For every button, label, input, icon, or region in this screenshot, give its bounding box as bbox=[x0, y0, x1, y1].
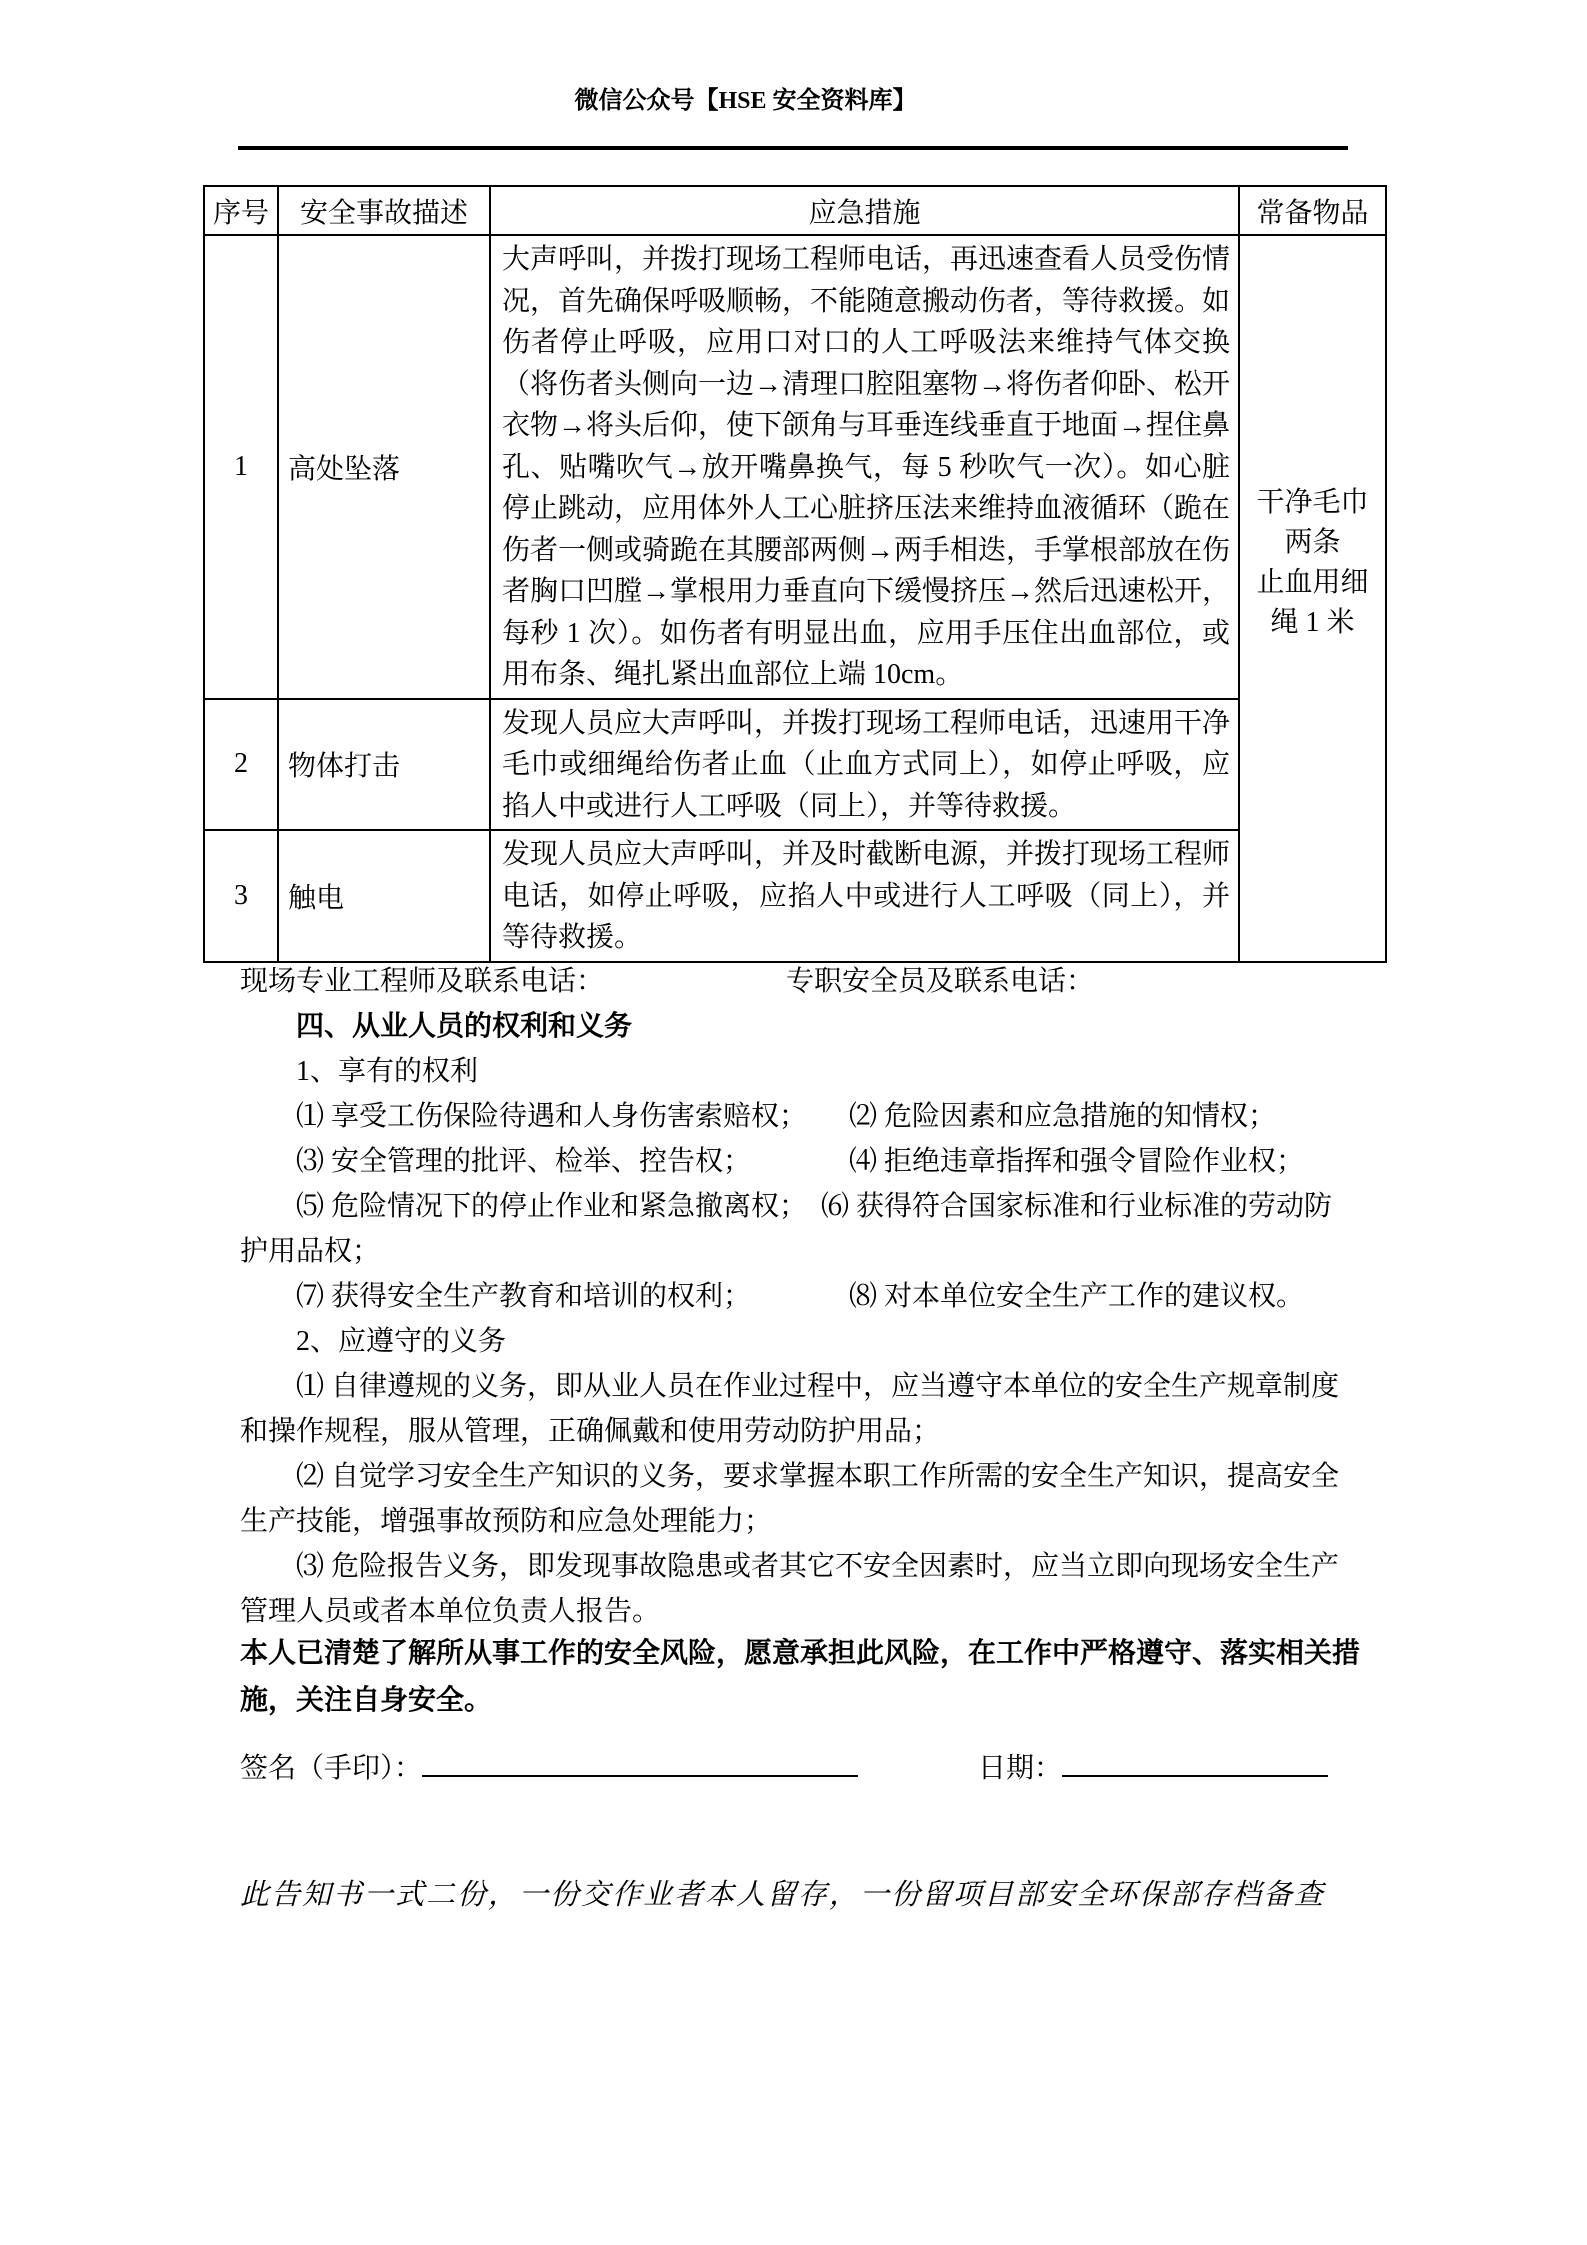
duties-line: ⑴ 自律遵规的义务，即从业人员在作业过程中，应当遵守本单位的安全生产规章制度 bbox=[240, 1368, 1440, 1406]
duties-line: 和操作规程，服从管理，正确佩戴和使用劳动防护用品； bbox=[240, 1413, 1440, 1451]
duties-line: 管理人员或者本单位负责人报告。 bbox=[240, 1593, 1440, 1631]
standby-item: 两条 bbox=[1240, 523, 1385, 563]
row-number-cell: 1 bbox=[204, 235, 278, 699]
date-field[interactable] bbox=[1062, 1747, 1328, 1777]
duties-subheading: 2、应遵守的义务 bbox=[240, 1323, 1440, 1361]
accident-desc-cell: 高处坠落 bbox=[278, 235, 490, 699]
date-label: 日期： bbox=[978, 1753, 1062, 1784]
column-header-measures: 应急措施 bbox=[490, 186, 1239, 235]
document-page: 微信公众号【HSE 安全资料库】 序号 安全事故描述 应急措施 常备物品 1 高… bbox=[0, 0, 1587, 2245]
standby-item: 干净毛巾 bbox=[1240, 483, 1385, 523]
accident-desc-cell: 物体打击 bbox=[278, 699, 490, 831]
signature-field[interactable] bbox=[422, 1747, 858, 1777]
rights-subheading: 1、享有的权利 bbox=[240, 1053, 1440, 1091]
column-header-desc: 安全事故描述 bbox=[278, 186, 490, 235]
row-number-cell: 3 bbox=[204, 830, 278, 962]
duties-line: ⑶ 危险报告义务，即发现事故隐患或者其它不安全因素时，应当立即向现场安全生产 bbox=[240, 1548, 1440, 1586]
page-title: 微信公众号【HSE 安全资料库】 bbox=[0, 80, 1539, 115]
duties-line: ⑵ 自觉学习安全生产知识的义务，要求掌握本职工作所需的安全生产知识，提高安全 bbox=[240, 1458, 1440, 1496]
standby-item: 止血用细 bbox=[1240, 563, 1385, 603]
signature-row: 签名（手印）：日期： bbox=[240, 1747, 1420, 1789]
rights-line: ⑴ 享受工伤保险待遇和人身伤害索赔权； ⑵ 危险因素和应急措施的知情权； bbox=[240, 1098, 1440, 1136]
rights-line: ⑶ 安全管理的批评、检举、控告权； ⑷ 拒绝违章指挥和强令冒险作业权； bbox=[240, 1143, 1440, 1181]
accident-desc-cell: 触电 bbox=[278, 830, 490, 962]
table-header-row: 序号 安全事故描述 应急措施 常备物品 bbox=[204, 186, 1386, 235]
measures-cell: 发现人员应大声呼叫，并及时截断电源，并拨打现场工程师电话，如停止呼吸，应掐人中或… bbox=[490, 830, 1239, 962]
table-row: 3 触电 发现人员应大声呼叫，并及时截断电源，并拨打现场工程师电话，如停止呼吸，… bbox=[204, 830, 1386, 962]
table-row: 1 高处坠落 大声呼叫，并拨打现场工程师电话，再迅速查看人员受伤情况，首先确保呼… bbox=[204, 235, 1386, 699]
footer-note: 此告知书一式二份，一份交作业者本人留存，一份留项目部安全环保部存档备查 bbox=[240, 1872, 1490, 1913]
standby-item: 绳 1 米 bbox=[1240, 603, 1385, 643]
header-divider bbox=[238, 146, 1348, 150]
accident-table: 序号 安全事故描述 应急措施 常备物品 1 高处坠落 大声呼叫，并拨打现场工程师… bbox=[203, 185, 1387, 963]
rights-line: ⑸ 危险情况下的停止作业和紧急撤离权； ⑹ 获得符合国家标准和行业标准的劳动防 bbox=[240, 1188, 1440, 1226]
signature-label: 签名（手印）： bbox=[240, 1753, 422, 1784]
standby-items-cell: 干净毛巾 两条 止血用细 绳 1 米 bbox=[1239, 235, 1386, 962]
measures-cell: 大声呼叫，并拨打现场工程师电话，再迅速查看人员受伤情况，首先确保呼吸顺畅，不能随… bbox=[490, 235, 1239, 699]
duties-line: 生产技能，增强事故预防和应急处理能力； bbox=[240, 1503, 1440, 1541]
acknowledgement-statement: 本人已清楚了解所从事工作的安全风险，愿意承担此风险，在工作中严格遵守、落实相关措… bbox=[240, 1630, 1360, 1724]
contacts-line: 现场专业工程师及联系电话： 专职安全员及联系电话： bbox=[240, 963, 1440, 1001]
measures-cell: 发现人员应大声呼叫，并拨打现场工程师电话，迅速用干净毛巾或细绳给伤者止血（止血方… bbox=[490, 699, 1239, 831]
row-number-cell: 2 bbox=[204, 699, 278, 831]
column-header-standby: 常备物品 bbox=[1239, 186, 1386, 235]
rights-line: 护用品权； bbox=[240, 1233, 1440, 1271]
rights-line: ⑺ 获得安全生产教育和培训的权利； ⑻ 对本单位安全生产工作的建议权。 bbox=[240, 1278, 1440, 1316]
section-heading-rights: 四、从业人员的权利和义务 bbox=[240, 1008, 1440, 1046]
column-header-no: 序号 bbox=[204, 186, 278, 235]
table-row: 2 物体打击 发现人员应大声呼叫，并拨打现场工程师电话，迅速用干净毛巾或细绳给伤… bbox=[204, 699, 1386, 831]
